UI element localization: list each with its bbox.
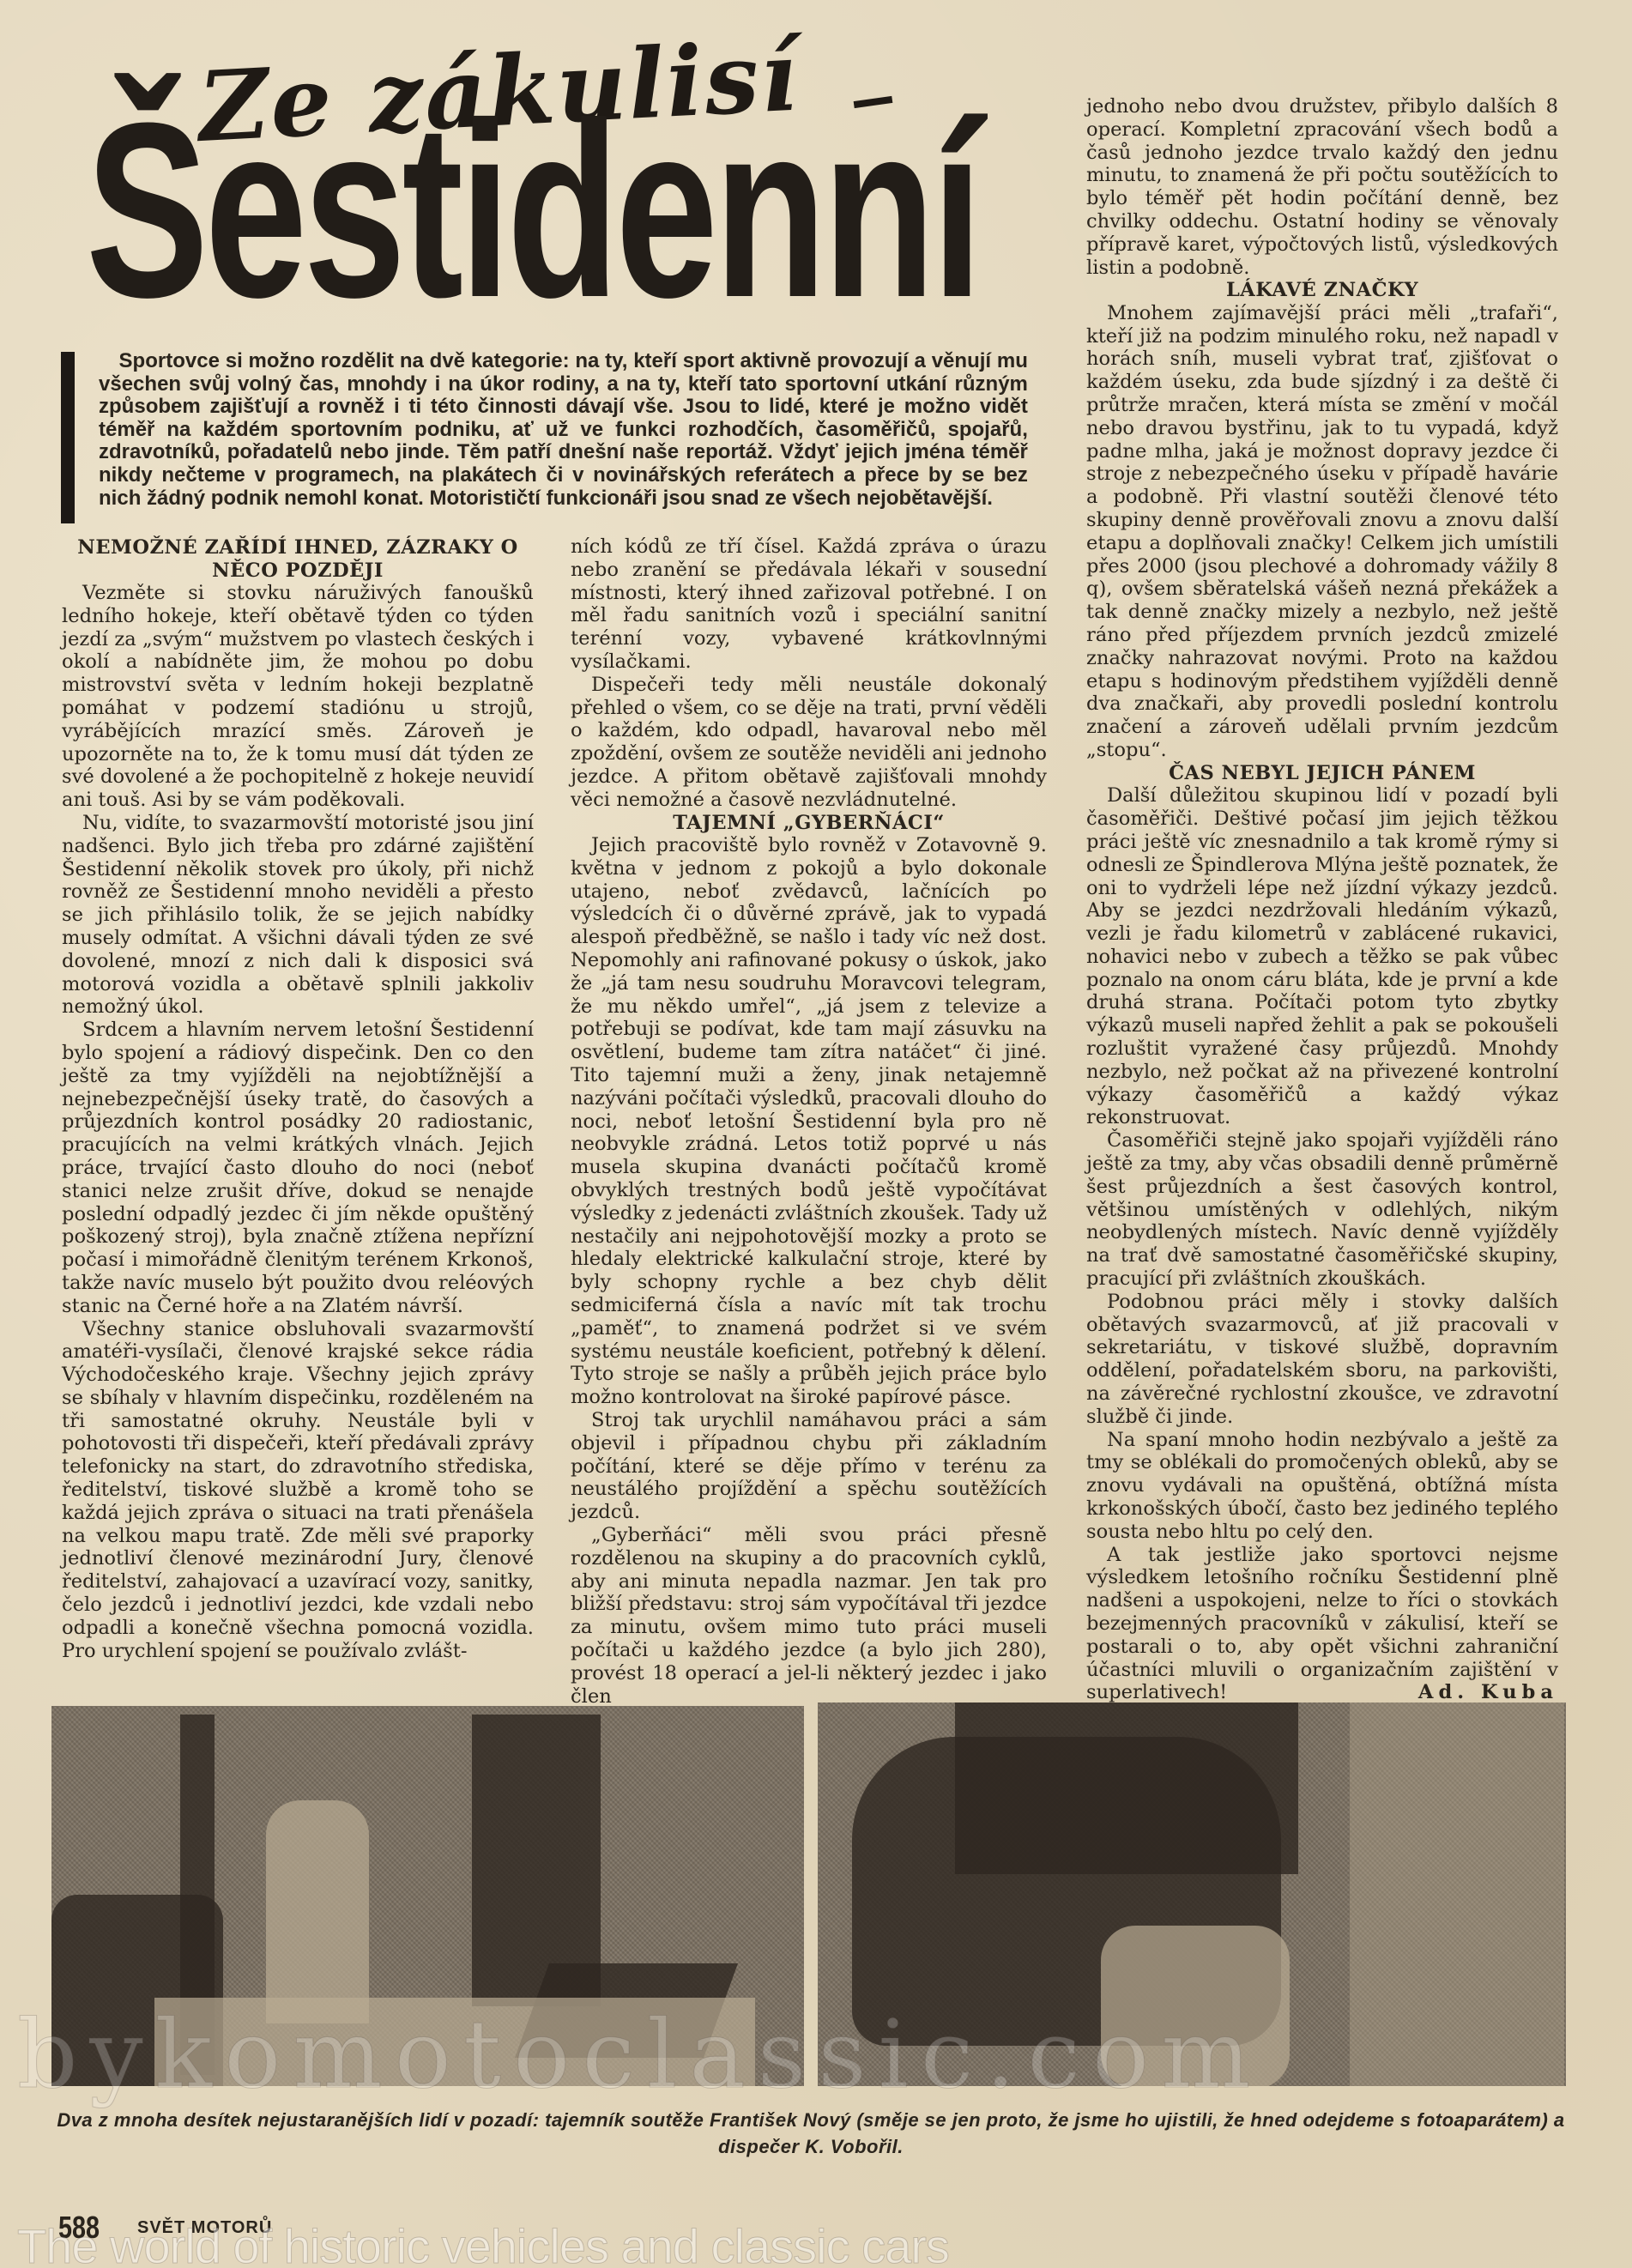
- paragraph: jednoho nebo dvou družstev, přibylo dalš…: [1086, 95, 1558, 279]
- paragraph: Podobnou práci měly i stovky dalších obě…: [1086, 1291, 1558, 1429]
- byline: Ad. Kuba: [1398, 1681, 1558, 1704]
- section-heading: LÁKAVÉ ZNAČKY: [1086, 279, 1558, 302]
- watermark-text: The world of historic vehicles and class…: [17, 2218, 949, 2268]
- section-heading: TAJEMNÍ „GYBERŇÁCI“: [571, 812, 1047, 835]
- section-heading: ČAS NEBYL JEJICH PÁNEM: [1086, 762, 1558, 785]
- photo-shape: [1350, 1703, 1564, 2086]
- paragraph: Nu, vidíte, to svazarmovští motoristé js…: [62, 812, 534, 1019]
- paragraph: Časoměřiči stejně jako spojaři vyjížděli…: [1086, 1129, 1558, 1291]
- article-column-2: ních kódů ze tří čísel. Každá zpráva o ú…: [571, 535, 1047, 1708]
- paragraph: ních kódů ze tří čísel. Každá zpráva o ú…: [571, 535, 1047, 674]
- paragraph: Další důležitou skupinou lidí v pozadí b…: [1086, 784, 1558, 1129]
- paragraph: Jejich pracoviště bylo rovněž v Zotavovn…: [571, 834, 1047, 1409]
- paragraph: Dispečeři tedy měli neustále dokonalý př…: [571, 674, 1047, 812]
- paragraph: Mnohem zajímavější práci měli „trafaři“,…: [1086, 302, 1558, 762]
- watermark-site: bykomotoclassic.com: [17, 1999, 1263, 2109]
- photo-caption: Dva z mnoha desítek nejustaranějších lid…: [51, 2107, 1570, 2160]
- headline: Šestidenní: [86, 94, 822, 326]
- paragraph: Stroj tak urychlil namáhavou práci a sám…: [571, 1409, 1047, 1524]
- paragraph: Na spaní mnoho hodin nezbývalo a ještě z…: [1086, 1429, 1558, 1544]
- lead-rule: [61, 352, 75, 523]
- article-column-1: NEMOŽNÉ ZAŘÍDÍ IHNED, ZÁZRAKY O NĚCO POZ…: [62, 536, 534, 1662]
- photo-shape: [266, 1800, 369, 2023]
- photo-shape: [472, 1715, 601, 2006]
- section-heading: NEMOŽNÉ ZAŘÍDÍ IHNED, ZÁZRAKY O NĚCO POZ…: [62, 536, 534, 582]
- article-column-3: jednoho nebo dvou družstev, přibylo dalš…: [1086, 95, 1558, 1704]
- closing-text: A tak jestliže jako sportovci nejsme výs…: [1086, 1544, 1558, 1704]
- paragraph: „Gyberňáci“ měli svou práci přesně rozdě…: [571, 1524, 1047, 1708]
- paragraph: Srdcem a hlavním nervem letošní Šestiden…: [62, 1019, 534, 1317]
- paragraph: Všechny stanice obsluhovali svazarmovští…: [62, 1318, 534, 1663]
- paragraph: Vezměte si stovku náruživých fanoušků le…: [62, 582, 534, 812]
- lead-paragraph: Sportovce si možno rozdělit na dvě kateg…: [99, 350, 1028, 510]
- photo-shape: [955, 1703, 1298, 1874]
- closing-paragraph: A tak jestliže jako sportovci nejsme výs…: [1086, 1544, 1558, 1705]
